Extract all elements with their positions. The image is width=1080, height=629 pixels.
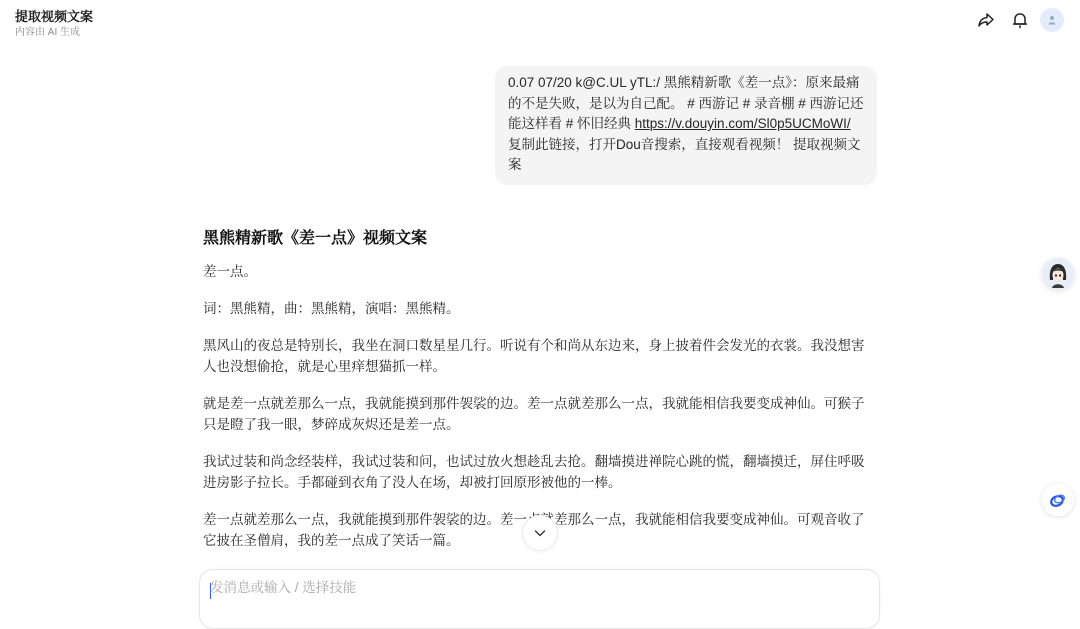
answer-paragraph: 差一点。 [203,261,875,282]
person-icon [1047,15,1057,25]
ai-generated-note: 内容由 AI 生成 [15,23,80,38]
share-icon[interactable] [976,10,996,30]
user-message-text-tail: 复制此链接，打开Dou音搜索，直接观看视频！ 提取视频文案 [508,137,861,173]
user-avatar[interactable] [1040,8,1064,32]
scroll-down-button[interactable] [522,515,558,551]
message-input[interactable] [210,580,850,595]
bell-icon[interactable] [1010,10,1030,30]
chevron-down-icon [533,526,547,540]
answer-paragraph: 就是差一点就差那么一点，我就能摸到那件袈裟的边。差一点就差那么一点，我就能相信我… [203,393,875,435]
girl-avatar-icon [1042,258,1074,290]
video-link[interactable]: https://v.douyin.com/Sl0p5UCMoWI/ [635,116,851,131]
ai-tool-icon [1048,490,1068,510]
answer-paragraph: 我试过装和尚念经装样，我试过装和问，也试过放火想趁乱去抢。翻墙摸进禅院心跳的慌，… [203,451,875,493]
app-header: 提取视频文案 内容由 AI 生成 [0,0,1080,44]
ai-tool-button[interactable] [1042,484,1074,516]
answer-paragraph: 词：黑熊精，曲：黑熊精，演唱：黑熊精。 [203,298,875,319]
message-composer[interactable] [199,569,880,603]
assistant-avatar[interactable] [1042,258,1074,290]
answer-heading: 黑熊精新歌《差一点》视频文案 [203,226,875,252]
user-message-bubble: 0.07 07/20 k@C.UL yTL:/ 黑熊精新歌《差一点》：原来最痛的… [495,66,877,185]
answer-paragraph: 黑风山的夜总是特别长，我坐在洞口数星星几行。听说有个和尚从东边来，身上披着件会发… [203,335,875,377]
